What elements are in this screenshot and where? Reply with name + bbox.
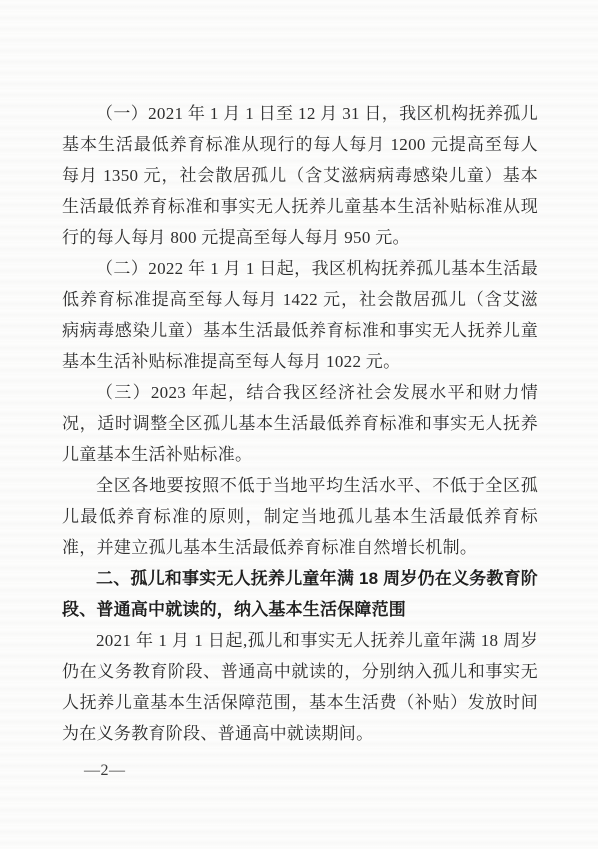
paragraph-item-5: 2021 年 1 月 1 日起,孤儿和事实无人抚养儿童年满 18 周岁仍在义务教… xyxy=(62,625,538,749)
paragraph-item-4: 全区各地要按照不低于当地平均生活水平、不低于全区孤儿最低养育标准的原则，制定当地… xyxy=(62,470,538,563)
document-body: （一）2021 年 1 月 1 日至 12 月 31 日，我区机构抚养孤儿基本生… xyxy=(62,98,538,749)
page-number: —2— xyxy=(84,762,126,780)
section-heading: 二、孤儿和事实无人抚养儿童年满 18 周岁仍在义务教育阶段、普通高中就读的，纳入… xyxy=(62,563,538,625)
document-page: （一）2021 年 1 月 1 日至 12 月 31 日，我区机构抚养孤儿基本生… xyxy=(0,0,598,849)
paragraph-item-3: （三）2023 年起，结合我区经济社会发展水平和财力情况，适时调整全区孤儿基本生… xyxy=(62,377,538,470)
paragraph-item-1: （一）2021 年 1 月 1 日至 12 月 31 日，我区机构抚养孤儿基本生… xyxy=(62,98,538,253)
paragraph-item-2: （二）2022 年 1 月 1 日起，我区机构抚养孤儿基本生活最低养育标准提高至… xyxy=(62,253,538,377)
